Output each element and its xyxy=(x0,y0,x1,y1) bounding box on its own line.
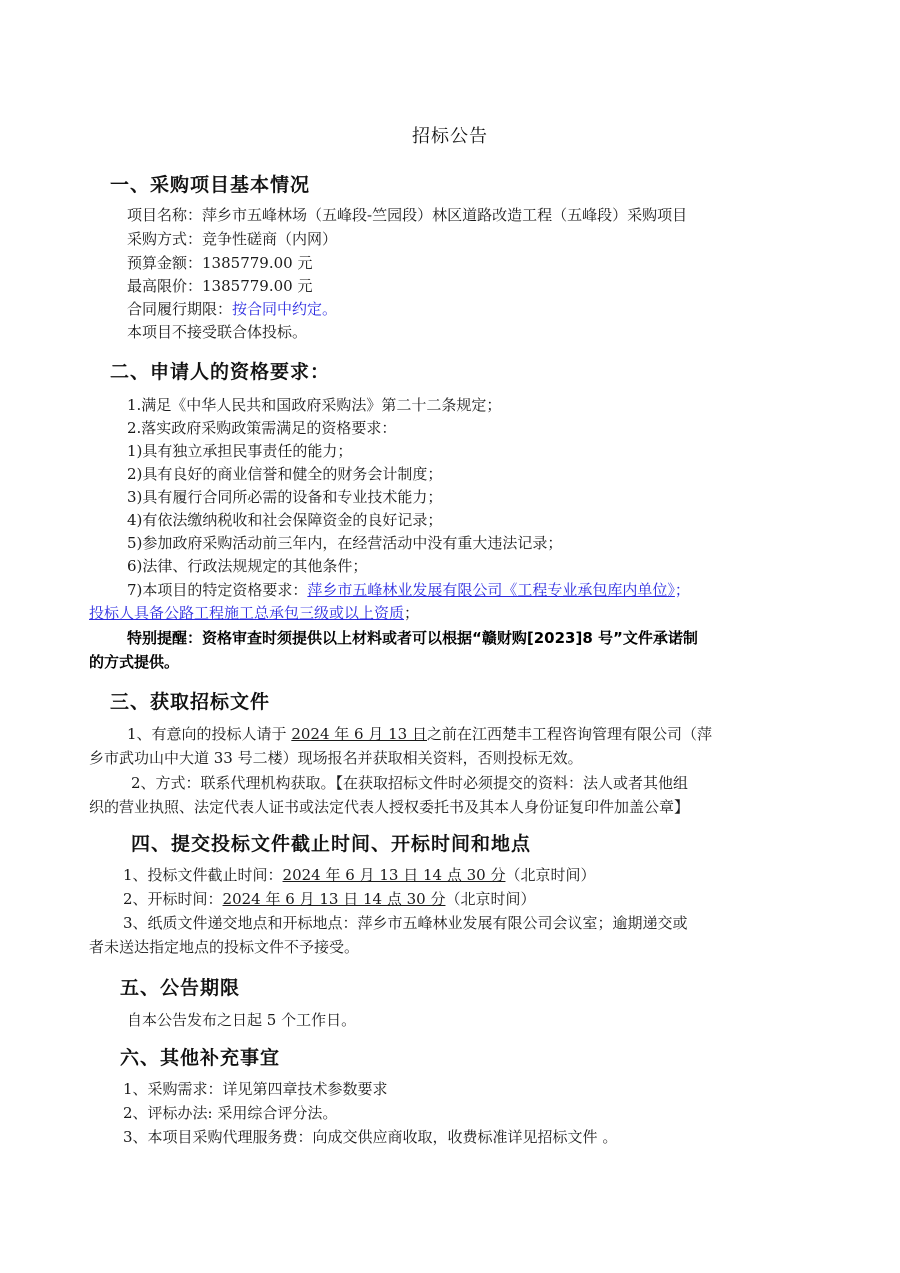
bid-opening-row: 2、开标时间：2024 年 6 月 13 日 14 点 30 分（北京时间） xyxy=(123,889,535,910)
procurement-method-value: 竞争性磋商（内网） xyxy=(202,230,337,248)
supplement-item-3: 3、本项目采购代理服务费：向成交供应商收取，收费标准详见招标文件 。 xyxy=(123,1127,617,1148)
section-1-heading: 一、采购项目基本情况 xyxy=(110,170,310,197)
special-requirement-separator: ； xyxy=(675,581,690,599)
budget-value: 1385779.00 元 xyxy=(202,254,312,272)
budget-row: 预算金额：1385779.00 元 xyxy=(127,253,312,274)
procurement-method-row: 采购方式：竞争性磋商（内网） xyxy=(127,229,337,250)
special-requirement-link-1[interactable]: 萍乡市五峰林业发展有限公司《工程专业承包库内单位》 xyxy=(307,581,675,599)
special-requirement-prefix: 7)本项目的特定资格要求： xyxy=(127,581,307,599)
max-price-row: 最高限价：1385779.00 元 xyxy=(127,276,312,297)
no-consortium-note: 本项目不接受联合体投标。 xyxy=(127,322,307,343)
project-name-row: 项目名称：萍乡市五峰林场（五峰段-竺园段）林区道路改造工程（五峰段）采购项目 xyxy=(127,205,687,226)
special-requirement-line-2: 投标人具备公路工程施工总承包三级或以上资质； xyxy=(89,603,419,624)
project-name-label: 项目名称： xyxy=(127,206,202,224)
qualification-sub-3: 3)具有履行合同所必需的设备和专业技术能力； xyxy=(127,487,442,508)
contract-period-value: 按合同中约定。 xyxy=(232,300,337,318)
obtain-docs-item-2: 2、方式：联系代理机构获取。【在获取招标文件时必须提交的资料：法人或者其他组 xyxy=(131,773,688,794)
document-page: 招标公告 一、采购项目基本情况 项目名称：萍乡市五峰林场（五峰段-竺园段）林区道… xyxy=(0,0,900,1273)
obtain-docs-deadline-date: 2024 年 6 月 13 日 xyxy=(291,725,427,743)
qualification-item-2: 2.落实政府采购政策需满足的资格要求： xyxy=(127,418,396,439)
supplement-item-1: 1、采购需求：详见第四章技术参数要求 xyxy=(123,1079,388,1100)
submission-location: 3、纸质文件递交地点和开标地点：萍乡市五峰林业发展有限公司会议室；逾期递交或 xyxy=(123,913,688,934)
qualification-sub-6: 6)法律、行政法规规定的其他条件； xyxy=(127,556,367,577)
notice-period-text: 自本公告发布之日起 5 个工作日。 xyxy=(127,1010,356,1031)
document-title: 招标公告 xyxy=(0,122,900,148)
section-3-heading: 三、获取招标文件 xyxy=(110,687,270,714)
obtain-docs-item-1-line-2: 乡市武功山中大道 33 号二楼）现场报名并获取相关资料，否则投标无效。 xyxy=(89,748,583,769)
supplement-item-2: 2、评标办法: 采用综合评分法。 xyxy=(123,1103,337,1124)
contract-period-label: 合同履行期限： xyxy=(127,300,232,318)
qualification-sub-1: 1)具有独立承担民事责任的能力； xyxy=(127,441,352,462)
section-6-heading: 六、其他补充事宜 xyxy=(120,1043,280,1070)
special-requirement-end: ； xyxy=(404,604,419,622)
max-price-label: 最高限价： xyxy=(127,277,202,295)
qualification-sub-4: 4)有依法缴纳税收和社会保障资金的良好记录； xyxy=(127,510,442,531)
submission-location-line-2: 者未送达指定地点的投标文件不予接受。 xyxy=(89,937,359,958)
obtain-docs-item-2-line-2: 织的营业执照、法定代表人证书或法定代表人授权委托书及其本人身份证复印件加盖公章】 xyxy=(89,797,689,818)
procurement-method-label: 采购方式： xyxy=(127,230,202,248)
obtain-docs-item-1: 1、有意向的投标人请于 2024 年 6 月 13 日之前在江西楚丰工程咨询管理… xyxy=(127,724,712,745)
special-reminder-line-2: 的方式提供。 xyxy=(89,652,179,673)
section-2-heading: 二、申请人的资格要求： xyxy=(110,357,330,384)
bid-deadline-tz: （北京时间） xyxy=(505,866,595,884)
special-requirement-link-2[interactable]: 投标人具备公路工程施工总承包三级或以上资质 xyxy=(89,604,404,622)
qualification-sub-7: 7)本项目的特定资格要求：萍乡市五峰林业发展有限公司《工程专业承包库内单位》； xyxy=(127,580,690,601)
bid-deadline-time: 2024 年 6 月 13 日 14 点 30 分 xyxy=(283,866,506,884)
max-price-value: 1385779.00 元 xyxy=(202,277,312,295)
bid-opening-time: 2024 年 6 月 13 日 14 点 30 分 xyxy=(223,890,446,908)
obtain-docs-item-1-text-b: 之前在江西楚丰工程咨询管理有限公司（萍 xyxy=(427,725,712,743)
bid-opening-tz: （北京时间） xyxy=(445,890,535,908)
section-4-heading: 四、提交投标文件截止时间、开标时间和地点 xyxy=(131,829,531,856)
qualification-item-1: 1.满足《中华人民共和国政府采购法》第二十二条规定； xyxy=(127,395,501,416)
qualification-sub-5: 5)参加政府采购活动前三年内，在经营活动中没有重大违法记录； xyxy=(127,533,562,554)
qualification-sub-2: 2)具有良好的商业信誉和健全的财务会计制度； xyxy=(127,464,442,485)
budget-label: 预算金额： xyxy=(127,254,202,272)
contract-period-row: 合同履行期限：按合同中约定。 xyxy=(127,299,337,320)
section-5-heading: 五、公告期限 xyxy=(120,973,240,1000)
obtain-docs-item-1-text-a: 1、有意向的投标人请于 xyxy=(127,725,291,743)
special-reminder-line-1: 特别提醒：资格审查时须提供以上材料或者可以根据“赣财购[2023]8 号”文件承… xyxy=(127,628,698,649)
bid-deadline-row: 1、投标文件截止时间：2024 年 6 月 13 日 14 点 30 分（北京时… xyxy=(123,865,595,886)
bid-deadline-label: 1、投标文件截止时间： xyxy=(123,866,283,884)
project-name-value: 萍乡市五峰林场（五峰段-竺园段）林区道路改造工程（五峰段）采购项目 xyxy=(202,206,687,224)
bid-opening-label: 2、开标时间： xyxy=(123,890,223,908)
